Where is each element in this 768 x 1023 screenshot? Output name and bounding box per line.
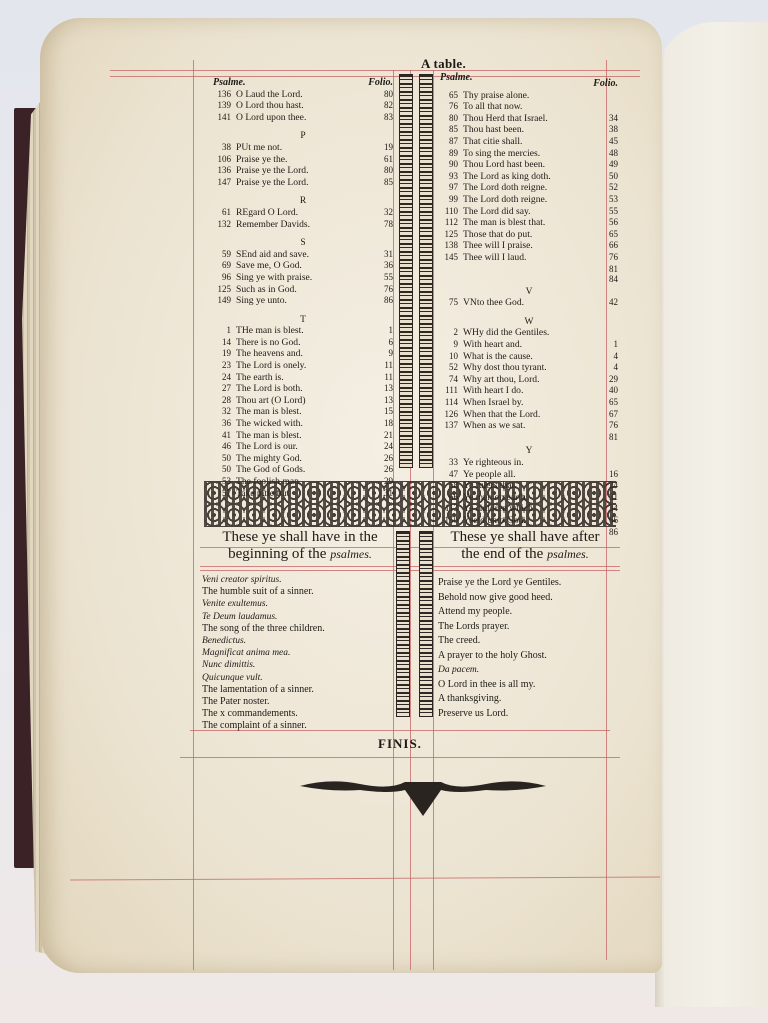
- section-v: V 75VNto thee God.42: [440, 287, 618, 309]
- folio-number: 11: [373, 372, 393, 383]
- psalm-number: 1: [213, 325, 231, 336]
- index-entry: 52Why dost thou tyrant.4: [440, 362, 618, 374]
- index-entry: 132Remember Davids.78: [213, 219, 393, 231]
- section-r: R 61REgard O Lord.32 132Remember Davids.…: [213, 196, 393, 230]
- folio-number: 48: [598, 148, 618, 159]
- psalm-number: 141: [213, 112, 231, 123]
- section-letter: V: [440, 287, 618, 298]
- psalm-number: 50: [213, 453, 231, 464]
- psalme-label: Psalme.: [213, 78, 246, 89]
- index-entry: 65Thy praise alone.: [440, 90, 618, 102]
- psalm-number: 145: [440, 252, 458, 263]
- psalm-number: 106: [213, 154, 231, 165]
- trailing-folio: 81: [440, 264, 618, 275]
- psalm-number: 136: [213, 89, 231, 100]
- psalm-number: 132: [213, 219, 231, 230]
- psalme-label: Psalme.: [440, 73, 473, 90]
- list-item: Attend my people.: [438, 605, 608, 620]
- index-entry: 139O Lord thou hast.82: [213, 100, 393, 112]
- incipit: Praise ye the Lord.: [236, 166, 373, 177]
- psalm-number: 136: [213, 165, 231, 176]
- index-entry: 96Sing ye with praise.55: [213, 272, 393, 284]
- folio-number: 36: [373, 260, 393, 271]
- folio-number: 4: [598, 362, 618, 373]
- folio-number: 49: [598, 159, 618, 170]
- incipit: Such as in God.: [236, 285, 373, 296]
- folio-number: 55: [373, 272, 393, 283]
- folio-number: 32: [373, 207, 393, 218]
- folio-number: 4: [598, 351, 618, 362]
- incipit: The heavens and.: [236, 349, 373, 360]
- psalm-number: 139: [213, 100, 231, 111]
- folio-number: 26: [373, 464, 393, 475]
- folio-number: 81: [598, 264, 618, 275]
- beginning-heading: These ye shall have in the beginning of …: [210, 529, 390, 563]
- psalm-number: 111: [440, 385, 458, 396]
- section-letter: W: [440, 317, 618, 328]
- incipit: Praise ye the Lord.: [236, 178, 373, 189]
- incipit: Thou Herd that Israel.: [463, 114, 598, 125]
- incipit: What is the cause.: [463, 352, 598, 363]
- psalm-number: 114: [440, 397, 458, 408]
- index-entry: 126When that the Lord.67: [440, 409, 618, 421]
- psalm-number: 149: [213, 295, 231, 306]
- index-entry: 61REgard O Lord.32: [213, 207, 393, 219]
- folio-number: 82: [373, 100, 393, 111]
- incipit: The man is blest.: [236, 431, 373, 442]
- psalm-number: 97: [440, 182, 458, 193]
- section-letter: T: [213, 315, 393, 326]
- index-entry: 112The man is blest that.56: [440, 217, 618, 229]
- folio-number: 78: [373, 219, 393, 230]
- psalm-number: 80: [440, 113, 458, 124]
- psalm-number: 75: [440, 297, 458, 308]
- index-entry: 50The mighty God.26: [213, 453, 393, 465]
- incipit: Thou hast been.: [463, 125, 598, 136]
- section-letter: P: [213, 131, 393, 142]
- incipit: Those that do put.: [463, 230, 598, 241]
- list-item: The lamentation of a sinner.: [202, 684, 392, 696]
- index-entry: 2WHy did the Gentiles.: [440, 327, 618, 339]
- section-letter: S: [213, 238, 393, 249]
- folio-number: 66: [598, 240, 618, 251]
- heading-italic: psalmes.: [330, 547, 372, 561]
- incipit: Save me, O God.: [236, 261, 373, 272]
- heading-line: These ye shall have after: [440, 529, 610, 546]
- running-head: A table.: [421, 56, 466, 72]
- index-entry: 9With heart and.1: [440, 339, 618, 351]
- incipit: Thou art (O Lord): [236, 396, 373, 407]
- psalm-number: 9: [440, 339, 458, 350]
- index-entry: 141O Lord upon thee.83: [213, 112, 393, 124]
- psalm-number: 125: [213, 284, 231, 295]
- folio-label: Folio.: [593, 79, 618, 90]
- section-t-cont: 65Thy praise alone. 76To all that now. 8…: [440, 90, 618, 285]
- psalm-number: 46: [213, 441, 231, 452]
- psalm-number: 50: [213, 464, 231, 475]
- incipit: The man is blest that.: [463, 218, 598, 229]
- psalm-number: 38: [213, 142, 231, 153]
- list-item: Nunc dimittis.: [202, 659, 392, 671]
- list-item: Quicunque vult.: [202, 672, 392, 684]
- index-entry: 125Such as in God.76: [213, 284, 393, 296]
- folio-number: 1: [598, 339, 618, 350]
- index-entry: 137When as we sat.76: [440, 420, 618, 432]
- vertical-ornament: [419, 531, 433, 717]
- finis-text: FINIS.: [378, 736, 422, 752]
- incipit: O Laud the Lord.: [236, 90, 373, 101]
- incipit: The Lord is our.: [236, 442, 373, 453]
- list-item: Te Deum laudamus.: [202, 611, 392, 623]
- folio-number: 21: [373, 430, 393, 441]
- folio-number: 13: [373, 383, 393, 394]
- incipit: O Lord thou hast.: [236, 101, 373, 112]
- folio-number: 1: [373, 325, 393, 336]
- list-item: O Lord in thee is all my.: [438, 678, 608, 693]
- list-item: The song of the three children.: [202, 623, 392, 635]
- ornamental-border-band: [204, 481, 616, 527]
- folio-number: 11: [373, 360, 393, 371]
- folio-number: 86: [373, 295, 393, 306]
- index-entry: 99The Lord doth reigne.53: [440, 194, 618, 206]
- index-entry: 10What is the cause.4: [440, 351, 618, 363]
- psalm-number: 19: [213, 348, 231, 359]
- psalm-number: 85: [440, 124, 458, 135]
- folio-number: 31: [373, 249, 393, 260]
- psalm-number: 89: [440, 148, 458, 159]
- vertical-ornament: [399, 74, 413, 468]
- folio-number: 38: [598, 124, 618, 135]
- index-entry: 125Those that do put.65: [440, 229, 618, 241]
- psalm-number: 138: [440, 240, 458, 251]
- folio-number: 53: [598, 194, 618, 205]
- incipit: Ye righteous in.: [463, 458, 598, 469]
- index-entry: 97The Lord doth reigne.52: [440, 182, 618, 194]
- folio-number: 83: [373, 112, 393, 123]
- incipit: The Lord doth reigne.: [463, 183, 598, 194]
- tailpiece-ornament-icon: [300, 776, 546, 816]
- heading-line: the end of the: [461, 546, 547, 562]
- list-item: The complaint of a sinner.: [202, 720, 392, 732]
- index-entry: 28Thou art (O Lord)13: [213, 395, 393, 407]
- list-item: Praise ye the Lord ye Gentiles.: [438, 576, 608, 591]
- psalm-number: 36: [213, 418, 231, 429]
- index-entry: 14There is no God.6: [213, 337, 393, 349]
- list-item: The Pater noster.: [202, 696, 392, 708]
- folio-number: 45: [598, 136, 618, 147]
- folio-number: 56: [598, 217, 618, 228]
- list-item: The Lords prayer.: [438, 620, 608, 635]
- list-item: Behold now give good heed.: [438, 591, 608, 606]
- list-item: The humble suit of a sinner.: [202, 586, 392, 598]
- incipit: The God of Gods.: [236, 465, 373, 476]
- psalm-number: 90: [440, 159, 458, 170]
- psalm-number: 96: [213, 272, 231, 283]
- psalm-number: 27: [213, 383, 231, 394]
- incipit: The Lord doth reigne.: [463, 195, 598, 206]
- index-entry: 93The Lord as king doth.50: [440, 171, 618, 183]
- column-header: Psalme. Folio.: [213, 78, 393, 89]
- folio-number: 13: [373, 395, 393, 406]
- list-item: A prayer to the holy Ghost.: [438, 649, 608, 664]
- psalm-number: 125: [440, 229, 458, 240]
- psalm-number: 126: [440, 409, 458, 420]
- folio-number: 40: [598, 385, 618, 396]
- folio-number: 52: [598, 182, 618, 193]
- incipit: The Lord is both.: [236, 384, 373, 395]
- incipit: THe man is blest.: [236, 326, 373, 337]
- incipit: Remember Davids.: [236, 220, 373, 231]
- psalm-number: 61: [213, 207, 231, 218]
- red-rule: [110, 70, 640, 71]
- list-item: Veni creator spiritus.: [202, 574, 392, 586]
- index-entry: 75VNto thee God.42: [440, 297, 618, 309]
- folio-number: 18: [373, 418, 393, 429]
- folio-number: 76: [373, 284, 393, 295]
- index-entry: 136O Laud the Lord.80: [213, 89, 393, 101]
- index-entry: 76To all that now.: [440, 101, 618, 113]
- incipit: That citie shall.: [463, 137, 598, 148]
- psalm-number: 24: [213, 372, 231, 383]
- folio-number: 15: [373, 406, 393, 417]
- index-entry: 38PUt me not.19: [213, 142, 393, 154]
- folio-number: 61: [373, 154, 393, 165]
- folio-number: 65: [598, 397, 618, 408]
- folio-number: 67: [598, 409, 618, 420]
- folio-number: 6: [373, 337, 393, 348]
- psalm-number: 137: [440, 420, 458, 431]
- folio-number: 84: [598, 274, 618, 285]
- index-entry: 85Thou hast been.38: [440, 124, 618, 136]
- section-o: 136O Laud the Lord.80 139O Lord thou has…: [213, 89, 393, 124]
- folio-number: 34: [598, 113, 618, 124]
- incipit: O Lord upon thee.: [236, 113, 373, 124]
- section-w: W 2WHy did the Gentiles. 9With heart and…: [440, 317, 618, 443]
- incipit: Sing ye with praise.: [236, 273, 373, 284]
- section-letter: Y: [440, 446, 618, 457]
- incipit: Why art thou, Lord.: [463, 375, 598, 386]
- list-item: A thanksgiving.: [438, 692, 608, 707]
- incipit: The man is blest.: [236, 407, 373, 418]
- index-column-left: Psalme. Folio. 136O Laud the Lord.80 139…: [213, 78, 393, 499]
- psalm-number: 2: [440, 327, 458, 338]
- index-entry: 69Save me, O God.36: [213, 260, 393, 272]
- folio-number: 85: [373, 177, 393, 188]
- index-entry: 110The Lord did say.55: [440, 206, 618, 218]
- list-item: The creed.: [438, 634, 608, 649]
- incipit: Thy praise alone.: [463, 91, 598, 102]
- section-t: T 1THe man is blest.1 14There is no God.…: [213, 315, 393, 500]
- folio-number: 29: [598, 374, 618, 385]
- index-entry: 80Thou Herd that Israel.34: [440, 113, 618, 125]
- folio-number: 80: [373, 165, 393, 176]
- psalm-number: 14: [213, 337, 231, 348]
- list-item: Preserve us Lord.: [438, 707, 608, 722]
- list-item: Magnificat anima mea.: [202, 647, 392, 659]
- trailing-folio: 81: [440, 432, 618, 443]
- psalm-number: 32: [213, 406, 231, 417]
- psalm-number: 76: [440, 101, 458, 112]
- psalm-number: 10: [440, 351, 458, 362]
- index-entry: 41The man is blest.21: [213, 430, 393, 442]
- incipit: The Lord is onely.: [236, 361, 373, 372]
- index-entry: 149Sing ye unto.86: [213, 295, 393, 307]
- column-header: Psalme. Folio.: [440, 73, 618, 90]
- psalm-number: 74: [440, 374, 458, 385]
- index-entry: 27The Lord is both.13: [213, 383, 393, 395]
- incipit: Thou Lord hast been.: [463, 160, 598, 171]
- incipit: Sing ye unto.: [236, 296, 373, 307]
- incipit: With heart I do.: [463, 386, 598, 397]
- index-entry: 138Thee will I praise.66: [440, 240, 618, 252]
- incipit: When as we sat.: [463, 421, 598, 432]
- index-entry: 47Ye people all.16: [440, 469, 618, 481]
- index-entry: 111With heart I do.40: [440, 385, 618, 397]
- incipit: When that the Lord.: [463, 410, 598, 421]
- section-s: S 59SEnd aid and save.31 69Save me, O Go…: [213, 238, 393, 307]
- incipit: The mighty God.: [236, 454, 373, 465]
- psalm-number: 65: [440, 90, 458, 101]
- incipit: Thee will I praise.: [463, 241, 598, 252]
- index-entry: 87That citie shall.45: [440, 136, 618, 148]
- index-entry: 50The God of Gods.26: [213, 464, 393, 476]
- beginning-list: Veni creator spiritus. The humble suit o…: [202, 574, 392, 733]
- folio-number: 19: [373, 142, 393, 153]
- incipit: Why dost thou tyrant.: [463, 363, 598, 374]
- psalm-number: 147: [213, 177, 231, 188]
- section-letter: R: [213, 196, 393, 207]
- end-list: Praise ye the Lord ye Gentiles. Behold n…: [438, 576, 608, 721]
- index-entry: 23The Lord is onely.11: [213, 360, 393, 372]
- psalm-number: 23: [213, 360, 231, 371]
- folio-number: 76: [598, 252, 618, 263]
- index-entry: 32The man is blest.15: [213, 406, 393, 418]
- list-item: Benedictus.: [202, 635, 392, 647]
- psalm-number: 28: [213, 395, 231, 406]
- incipit: The wicked with.: [236, 419, 373, 430]
- incipit: Praise ye the.: [236, 155, 373, 166]
- incipit: With heart and.: [463, 340, 598, 351]
- incipit: PUt me not.: [236, 143, 373, 154]
- index-entry: 19The heavens and.9: [213, 348, 393, 360]
- incipit: When Israel by.: [463, 398, 598, 409]
- folio-number: 76: [598, 420, 618, 431]
- red-rule: [193, 60, 194, 970]
- index-entry: 24The earth is.11: [213, 372, 393, 384]
- index-entry: 114When Israel by.65: [440, 397, 618, 409]
- psalm-number: 112: [440, 217, 458, 228]
- psalm-number: 41: [213, 430, 231, 441]
- incipit: Thee will I laud.: [463, 253, 598, 264]
- index-column-right: Psalme. Folio. 65Thy praise alone. 76To …: [440, 73, 618, 537]
- folio-number: 9: [373, 348, 393, 359]
- folio-number: 24: [373, 441, 393, 452]
- index-entry: 46The Lord is our.24: [213, 441, 393, 453]
- psalm-number: 52: [440, 362, 458, 373]
- folio-number: 16: [598, 469, 618, 480]
- folio-label: Folio.: [368, 78, 393, 89]
- facing-blank-page: [655, 22, 768, 1007]
- index-entry: 33Ye righteous in.: [440, 457, 618, 469]
- heading-line: These ye shall have in the: [210, 529, 390, 546]
- folio-number: 50: [598, 171, 618, 182]
- index-entry: 106Praise ye the.61: [213, 154, 393, 166]
- incipit: The Lord did say.: [463, 207, 598, 218]
- incipit: WHy did the Gentiles.: [463, 328, 598, 339]
- psalm-number: 59: [213, 249, 231, 260]
- index-entry: 1THe man is blest.1: [213, 325, 393, 337]
- psalm-number: 99: [440, 194, 458, 205]
- incipit: SEnd aid and save.: [236, 250, 373, 261]
- psalm-number: 110: [440, 206, 458, 217]
- index-entry: 89To sing the mercies.48: [440, 148, 618, 160]
- folio-number: 42: [598, 297, 618, 308]
- incipit: Ye people all.: [463, 470, 598, 481]
- incipit: To all that now.: [463, 102, 598, 113]
- index-entry: 136Praise ye the Lord.80: [213, 165, 393, 177]
- psalm-number: 47: [440, 469, 458, 480]
- folio-number: 65: [598, 229, 618, 240]
- folio-number: 55: [598, 206, 618, 217]
- index-entry: 74Why art thou, Lord.29: [440, 374, 618, 386]
- incipit: To sing the mercies.: [463, 149, 598, 160]
- index-entry: 59SEnd aid and save.31: [213, 249, 393, 261]
- incipit: VNto thee God.: [463, 298, 598, 309]
- incipit: The Lord as king doth.: [463, 172, 598, 183]
- incipit: There is no God.: [236, 338, 373, 349]
- psalm-number: 93: [440, 171, 458, 182]
- index-entry: 147Praise ye the Lord.85: [213, 177, 393, 189]
- vertical-ornament: [419, 74, 433, 468]
- list-item: Venite exultemus.: [202, 598, 392, 610]
- folio-number: 81: [598, 432, 618, 443]
- incipit: The earth is.: [236, 373, 373, 384]
- index-entry: 90Thou Lord hast been.49: [440, 159, 618, 171]
- section-p: P 38PUt me not.19 106Praise ye the.61 13…: [213, 131, 393, 188]
- end-heading: These ye shall have after the end of the…: [440, 529, 610, 563]
- psalm-number: 33: [440, 457, 458, 468]
- folio-number: 26: [373, 453, 393, 464]
- index-entry: 145Thee will I laud.76: [440, 252, 618, 264]
- red-rule: [180, 757, 620, 758]
- list-item: Da pacem.: [438, 663, 608, 678]
- heading-line: beginning of the: [228, 546, 330, 562]
- folio-number: 80: [373, 89, 393, 100]
- psalm-number: 87: [440, 136, 458, 147]
- psalm-number: 69: [213, 260, 231, 271]
- trailing-folio: 84: [440, 274, 618, 285]
- index-entry: 36The wicked with.18: [213, 418, 393, 430]
- incipit: REgard O Lord.: [236, 208, 373, 219]
- heading-italic: psalmes.: [547, 547, 589, 561]
- vertical-ornament: [396, 531, 410, 717]
- list-item: The x commandements.: [202, 708, 392, 720]
